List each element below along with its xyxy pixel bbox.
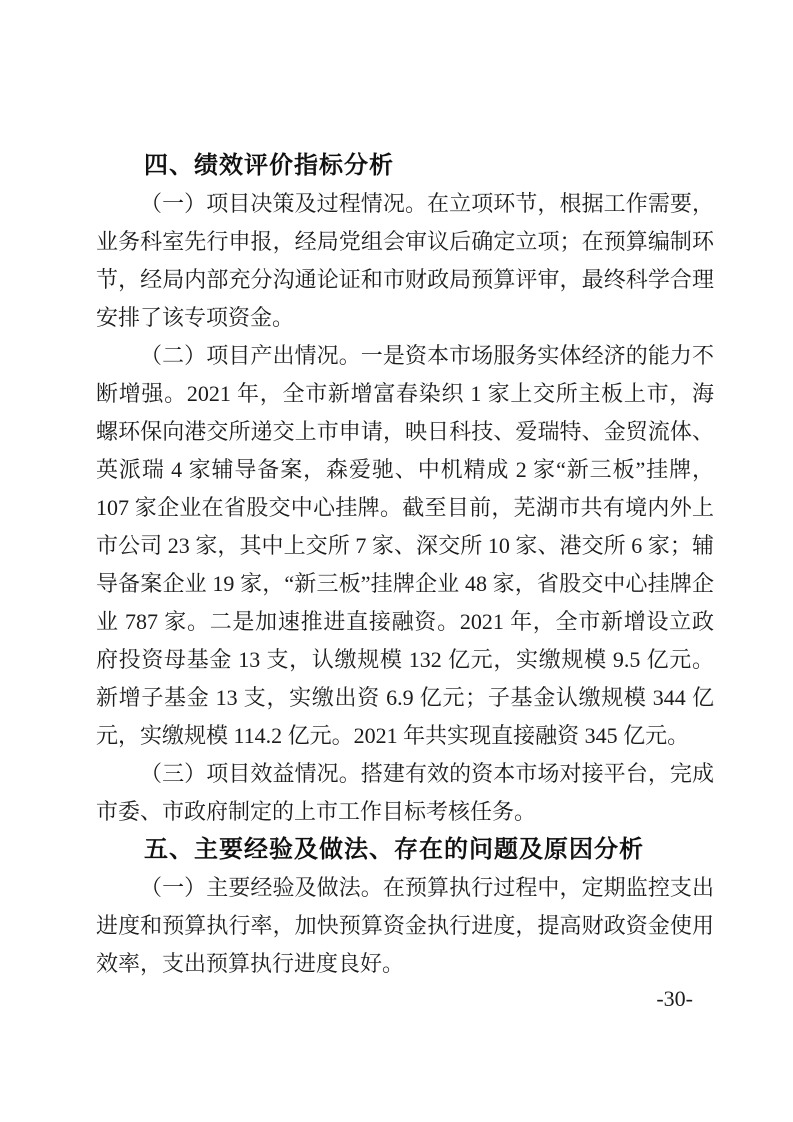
paragraph-decision-process: （一）项目决策及过程情况。在立项环节，根据工作需要，业务科室先行申报，经局党组会… [96,185,714,337]
document-content: 四、绩效评价指标分析 （一）项目决策及过程情况。在立项环节，根据工作需要，业务科… [96,147,714,983]
document-page: 四、绩效评价指标分析 （一）项目决策及过程情况。在立项环节，根据工作需要，业务科… [0,0,793,1122]
section-heading-5: 五、主要经验及做法、存在的问题及原因分析 [96,831,714,869]
section-heading-4: 四、绩效评价指标分析 [96,147,714,185]
page-footer: -30- [656,984,693,1014]
page-number: -30- [656,986,693,1011]
paragraph-project-output: （二）项目产出情况。一是资本市场服务实体经济的能力不断增强。2021 年，全市新… [96,337,714,755]
paragraph-main-experience: （一）主要经验及做法。在预算执行过程中，定期监控支出进度和预算执行率，加快预算资… [96,869,714,983]
paragraph-project-benefit: （三）项目效益情况。搭建有效的资本市场对接平台，完成市委、市政府制定的上市工作目… [96,755,714,831]
